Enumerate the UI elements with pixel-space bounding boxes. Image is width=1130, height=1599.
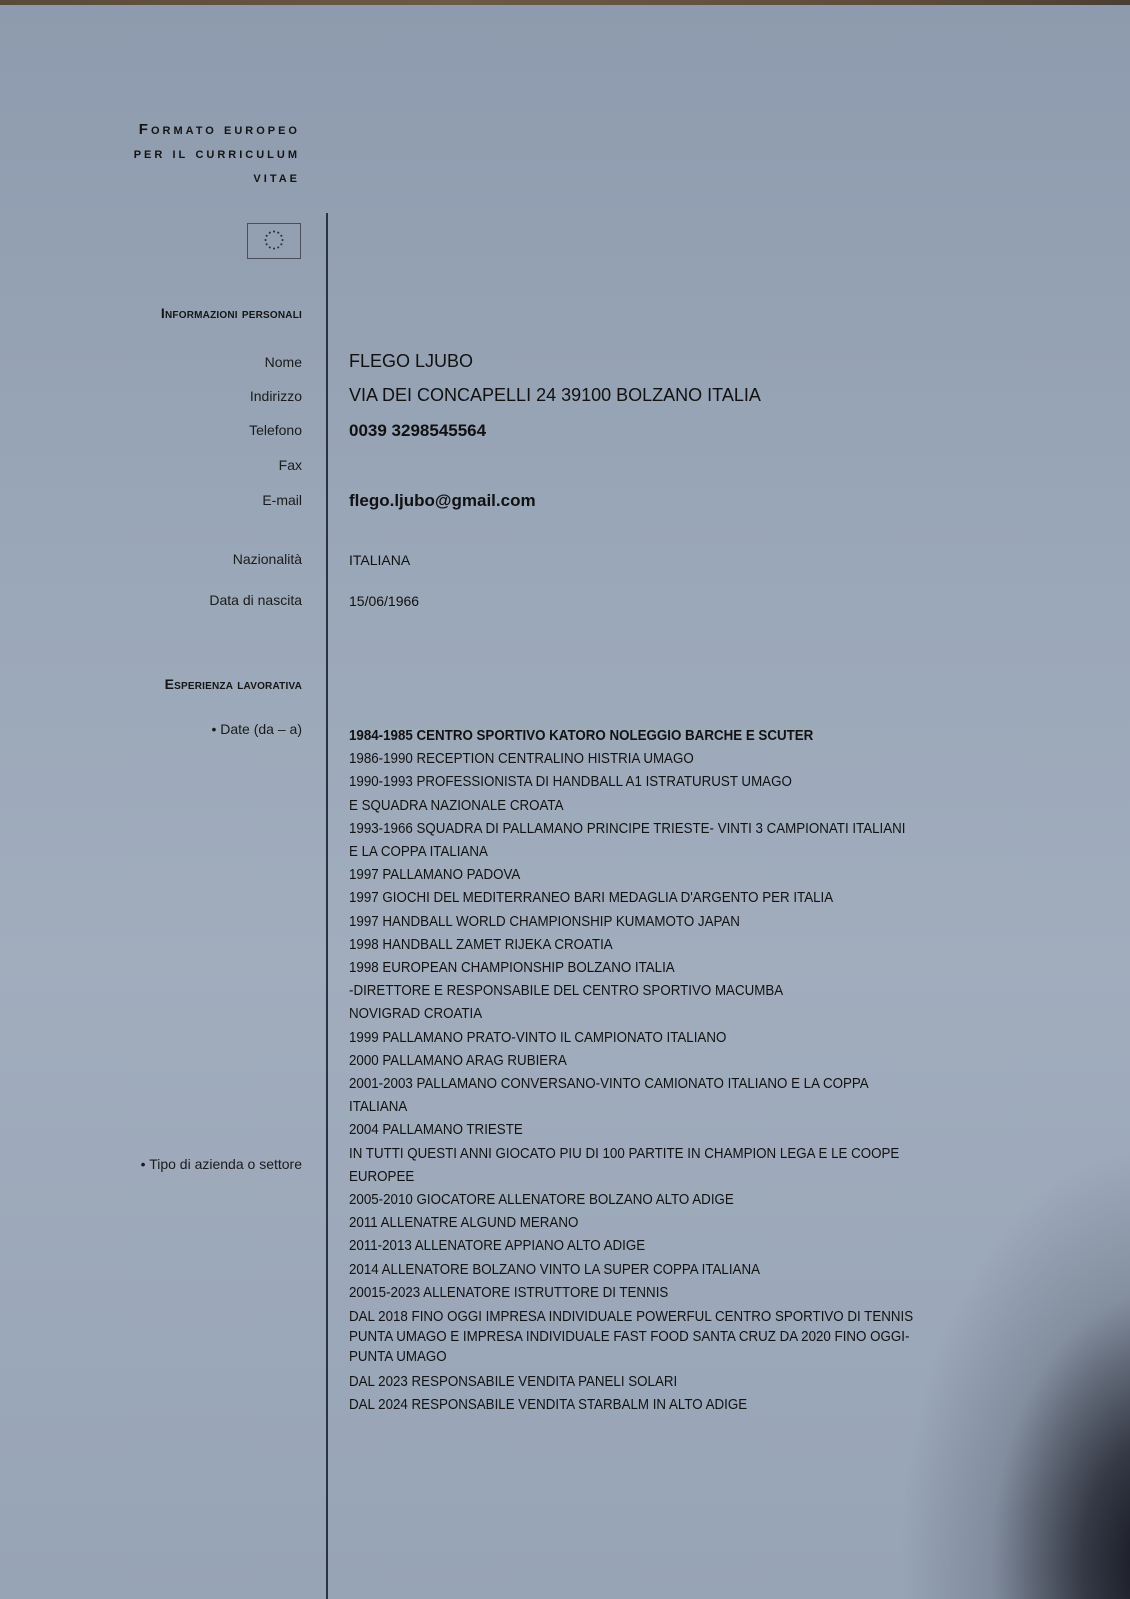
- list-item: 1993-1966 SQUADRA DI PALLAMANO PRINCIPE …: [349, 818, 1011, 841]
- cv-page: Formato europeo per il curriculum vitae …: [0, 5, 1130, 1599]
- title-line-2: per il curriculum: [134, 142, 300, 166]
- list-item: 2000 PALLAMANO ARAG RUBIERA: [349, 1050, 1011, 1073]
- list-item: DAL 2018 FINO OGGI IMPRESA INDIVIDUALE P…: [349, 1305, 1011, 1371]
- value-address: VIA DEI CONCAPELLI 24 39100 BOLZANO ITAL…: [349, 385, 761, 406]
- label-dates: • Date (da – a): [211, 721, 302, 737]
- label-sector: • Tipo di azienda o settore: [141, 1156, 302, 1172]
- title-line-3: vitae: [134, 166, 300, 190]
- label-phone: Telefono: [249, 422, 302, 438]
- list-item: 1990-1993 PROFESSIONISTA DI HANDBALL A1 …: [349, 771, 1011, 794]
- list-item: E LA COPPA ITALIANA: [349, 841, 1011, 864]
- value-nationality: ITALIANA: [349, 552, 410, 568]
- value-birthdate: 15/06/1966: [349, 593, 419, 609]
- list-item: 2011 ALLENATRE ALGUND MERANO: [349, 1212, 1011, 1235]
- label-email: E-mail: [262, 492, 302, 508]
- list-item: 1986-1990 RECEPTION CENTRALINO HISTRIA U…: [349, 748, 1011, 771]
- label-fax: Fax: [279, 457, 302, 473]
- list-item: 2004 PALLAMANO TRIESTE: [349, 1119, 1011, 1142]
- label-nationality: Nazionalità: [233, 551, 302, 567]
- list-item: 1998 EUROPEAN CHAMPIONSHIP BOLZANO ITALI…: [349, 957, 1011, 980]
- column-divider: [326, 213, 328, 1599]
- value-name: FLEGO LJUBO: [349, 351, 473, 372]
- experience-list: 1984-1985 CENTRO SPORTIVO KATORO NOLEGGI…: [349, 725, 1011, 1417]
- list-item: 1999 PALLAMANO PRATO-VINTO IL CAMPIONATO…: [349, 1027, 1011, 1050]
- label-address: Indirizzo: [250, 388, 302, 404]
- document-title: Formato europeo per il curriculum vitae: [134, 118, 300, 190]
- list-item: 2014 ALLENATORE BOLZANO VINTO LA SUPER C…: [349, 1259, 1011, 1282]
- list-item: 1997 HANDBALL WORLD CHAMPIONSHIP KUMAMOT…: [349, 911, 1011, 934]
- list-item: DAL 2024 RESPONSABILE VENDITA STARBALM I…: [349, 1394, 1011, 1417]
- label-birthdate: Data di nascita: [209, 592, 302, 608]
- value-email[interactable]: flego.ljubo@gmail.com: [349, 491, 536, 511]
- title-line-1: Formato europeo: [134, 118, 300, 142]
- value-phone: 0039 3298545564: [349, 421, 486, 441]
- list-item: ITALIANA: [349, 1096, 1011, 1119]
- list-item: E SQUADRA NAZIONALE CROATA: [349, 795, 1011, 818]
- list-item: -DIRETTORE E RESPONSABILE DEL CENTRO SPO…: [349, 980, 1011, 1003]
- eu-flag-icon: [247, 223, 301, 259]
- list-item: 1998 HANDBALL ZAMET RIJEKA CROATIA: [349, 934, 1011, 957]
- section-heading-work-experience: Esperienza lavorativa: [165, 676, 302, 692]
- list-item: EUROPEE: [349, 1166, 1011, 1189]
- list-item: 1984-1985 CENTRO SPORTIVO KATORO NOLEGGI…: [349, 725, 1011, 748]
- list-item: 2005-2010 GIOCATORE ALLENATORE BOLZANO A…: [349, 1189, 1011, 1212]
- list-item: 2011-2013 ALLENATORE APPIANO ALTO ADIGE: [349, 1235, 1011, 1258]
- list-item: DAL 2023 RESPONSABILE VENDITA PANELI SOL…: [349, 1371, 1011, 1394]
- list-item: 1997 PALLAMANO PADOVA: [349, 864, 1011, 887]
- list-item: NOVIGRAD CROATIA: [349, 1003, 1011, 1026]
- list-item: IN TUTTI QUESTI ANNI GIOCATO PIU DI 100 …: [349, 1143, 1011, 1166]
- section-heading-personal-info: Informazioni personali: [161, 305, 302, 321]
- label-name: Nome: [265, 354, 302, 370]
- list-item: 1997 GIOCHI DEL MEDITERRANEO BARI MEDAGL…: [349, 887, 1011, 910]
- list-item: 2001-2003 PALLAMANO CONVERSANO-VINTO CAM…: [349, 1073, 1011, 1096]
- list-item: 20015-2023 ALLENATORE ISTRUTTORE DI TENN…: [349, 1282, 1011, 1305]
